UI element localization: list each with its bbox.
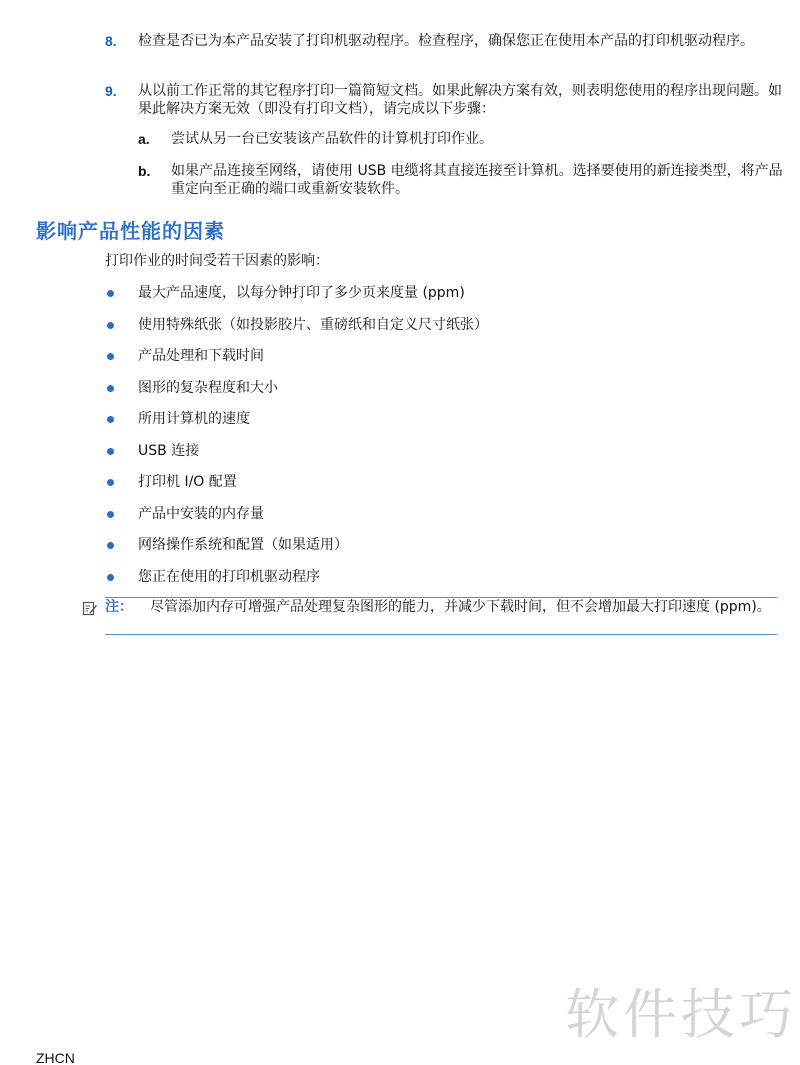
step-8: 8. 检查是否已为本产品安装了打印机驱动程序。检查程序，确保您正在使用本产品的打…: [105, 32, 785, 50]
list-item-text: 产品处理和下载时间: [138, 347, 264, 365]
bullet-icon: [107, 511, 114, 518]
list-item: 产品中安装的内存量: [105, 505, 785, 537]
note-icon: [82, 600, 98, 616]
factor-list: 最大产品速度，以每分钟打印了多少页来度量 (ppm) 使用特殊纸张（如投影胶片、…: [105, 284, 785, 599]
list-item: 打印机 I/O 配置: [105, 473, 785, 505]
list-item-text: 网络操作系统和配置（如果适用）: [138, 536, 348, 554]
list-item: 网络操作系统和配置（如果适用）: [105, 536, 785, 568]
sub-step-text: 尝试从另一台已安装该产品软件的计算机打印作业。: [171, 130, 783, 148]
watermark: 软件技巧: [565, 972, 797, 1049]
list-item-text: 打印机 I/O 配置: [138, 473, 237, 491]
list-item-text: 图形的复杂程度和大小: [138, 379, 278, 397]
bullet-icon: [107, 479, 114, 486]
sub-step-b: b. 如果产品连接至网络，请使用 USB 电缆将其直接连接至计算机。选择要使用的…: [138, 162, 783, 198]
bullet-icon: [107, 448, 114, 455]
section-intro: 打印作业的时间受若干因素的影响：: [105, 252, 329, 270]
sub-step-letter: a.: [138, 130, 150, 148]
list-item-text: 所用计算机的速度: [138, 410, 250, 428]
list-item-text: 您正在使用的打印机驱动程序: [138, 568, 320, 586]
step-number: 9.: [105, 82, 117, 100]
bullet-icon: [107, 416, 114, 423]
list-item: 产品处理和下载时间: [105, 347, 785, 379]
bullet-icon: [107, 542, 114, 549]
bullet-icon: [107, 385, 114, 392]
sub-step-letter: b.: [138, 162, 150, 180]
bullet-icon: [107, 290, 114, 297]
page-footer-label: ZHCN: [36, 1050, 75, 1065]
step-number: 8.: [105, 32, 117, 50]
list-item-text: 使用特殊纸张（如投影胶片、重磅纸和自定义尺寸纸张）: [138, 316, 488, 334]
note-divider-bottom: [105, 634, 777, 635]
bullet-icon: [107, 574, 114, 581]
section-heading: 影响产品性能的因素: [36, 215, 225, 244]
list-item: 所用计算机的速度: [105, 410, 785, 442]
step-text: 从以前工作正常的其它程序打印一篇简短文档。如果此解决方案有效，则表明您使用的程序…: [138, 82, 785, 118]
list-item-text: USB 连接: [138, 442, 199, 460]
document-page: 8. 检查是否已为本产品安装了打印机驱动程序。检查程序，确保您正在使用本产品的打…: [0, 0, 800, 1065]
sub-step-a: a. 尝试从另一台已安装该产品软件的计算机打印作业。: [138, 130, 783, 148]
bullet-icon: [107, 353, 114, 360]
step-9: 9. 从以前工作正常的其它程序打印一篇简短文档。如果此解决方案有效，则表明您使用…: [105, 82, 785, 118]
list-item: USB 连接: [105, 442, 785, 474]
note-text: 尽管添加内存可增强产品处理复杂图形的能力，并减少下载时间，但不会增加最大打印速度…: [105, 598, 777, 616]
bullet-icon: [107, 322, 114, 329]
sub-step-text: 如果产品连接至网络，请使用 USB 电缆将其直接连接至计算机。选择要使用的新连接…: [171, 162, 783, 198]
list-item: 最大产品速度，以每分钟打印了多少页来度量 (ppm): [105, 284, 785, 316]
step-text: 检查是否已为本产品安装了打印机驱动程序。检查程序，确保您正在使用本产品的打印机驱…: [138, 32, 785, 50]
list-item: 使用特殊纸张（如投影胶片、重磅纸和自定义尺寸纸张）: [105, 316, 785, 348]
list-item-text: 最大产品速度，以每分钟打印了多少页来度量 (ppm): [138, 284, 465, 302]
list-item: 图形的复杂程度和大小: [105, 379, 785, 411]
list-item-text: 产品中安装的内存量: [138, 505, 264, 523]
list-item: 您正在使用的打印机驱动程序: [105, 568, 785, 600]
